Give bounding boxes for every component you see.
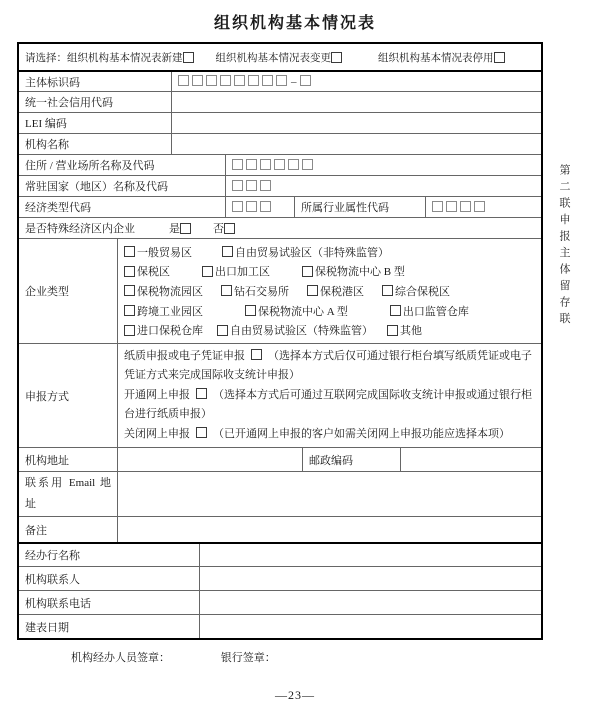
fill-box[interactable] [262,75,273,86]
special-zone-label: 是否特殊经济区内企业 [25,220,135,236]
economic-type-input[interactable] [225,197,294,217]
fill-box[interactable] [460,201,471,212]
checkbox-icon[interactable] [124,305,135,316]
option-bonded-logistics-center-a[interactable]: 保税物流中心 A 型 [245,303,348,319]
special-zone-cell: 是否特殊经济区内企业 是 否 [19,218,541,238]
address-code-input[interactable] [225,155,541,175]
org-address-input[interactable] [117,448,302,471]
option-enable-online-declaration[interactable]: 开通网上申报（选择本方式后可通过互联网完成国际收支统计申报或通过银行柜台进行纸质… [124,386,535,425]
bank-name-label: 经办行名称 [19,544,199,566]
checkbox-icon[interactable] [124,285,135,296]
page-number: —23— [0,688,590,703]
fill-box[interactable] [246,159,257,170]
option-comprehensive-bonded-zone[interactable]: 综合保税区 [382,283,450,299]
checkbox-icon[interactable] [390,305,401,316]
subject-id-input[interactable]: – [171,72,541,91]
bank-name-input[interactable] [199,544,541,566]
enterprise-type-line: 保税物流园区 钻石交易所 保税港区 综合保税区 [124,281,535,301]
form-type-select-cell: 请选择： 组织机构基本情况表新建 组织机构基本情况表变更 组织机构基本情况表停用 [19,44,541,70]
option-ftz-non-special[interactable]: 自由贸易试验区（非特殊监管） [222,244,389,260]
fill-box[interactable] [446,201,457,212]
bank-signature-label: 银行签章： [221,652,276,664]
fill-box[interactable] [260,159,271,170]
subject-id-label: 主体标识码 [19,72,171,91]
row-org-address: 机构地址 邮政编码 [19,447,541,471]
contact-person-label: 机构联系人 [19,567,199,590]
fill-box[interactable] [474,201,485,212]
fill-box[interactable] [232,201,243,212]
remarks-input[interactable] [117,517,541,542]
fill-box[interactable] [432,201,443,212]
option-paper-declaration[interactable]: 纸质申报或电子凭证申报（选择本方式后仅可通过银行柜台填写纸质凭证或电子凭证方式来… [124,347,535,386]
option-ftz-special[interactable]: 自由贸易试验区（特殊监管） [217,322,373,338]
enterprise-type-options: 一般贸易区 自由贸易试验区（非特殊监管） 保税区 出口加工区 保税物流中心 B … [117,239,541,343]
row-economic-type: 经济类型代码 所属行业属性代码 [19,196,541,217]
option-bonded-port-zone[interactable]: 保税港区 [307,283,364,299]
org-name-label: 机构名称 [19,134,171,154]
checkbox-icon[interactable] [196,427,207,438]
economic-type-label: 经济类型代码 [19,197,225,217]
row-org-name: 机构名称 [19,133,541,154]
postal-code-input[interactable] [400,448,541,471]
checkbox-new-icon[interactable] [183,52,194,63]
contact-person-input[interactable] [199,567,541,590]
row-enterprise-type: 企业类型 一般贸易区 自由贸易试验区（非特殊监管） 保税区 出口加工区 保税物流… [19,238,541,343]
fill-box[interactable] [246,180,257,191]
form-table: 请选择： 组织机构基本情况表新建 组织机构基本情况表变更 组织机构基本情况表停用… [17,42,543,640]
country-code-boxes[interactable] [232,180,274,193]
org-name-input[interactable] [171,134,541,154]
economic-type-boxes[interactable] [232,201,274,214]
option-change[interactable]: 组织机构基本情况表变更 [216,50,345,65]
credit-code-label: 统一社会信用代码 [19,92,171,112]
option-disable[interactable]: 组织机构基本情况表停用 [378,50,507,65]
checkbox-icon[interactable] [245,305,256,316]
special-zone-yes[interactable]: 是 [169,220,193,236]
checkbox-icon[interactable] [202,266,213,277]
row-contact-phone: 机构联系电话 [19,590,541,614]
option-other[interactable]: 其他 [387,322,422,338]
create-date-label: 建表日期 [19,615,199,638]
checkbox-icon[interactable] [221,285,232,296]
row-lei: LEI 编码 [19,112,541,133]
country-code-label: 常驻国家（地区）名称及代码 [19,176,225,196]
org-signature-label: 机构经办人员签章： [71,652,170,664]
fill-box[interactable] [288,159,299,170]
row-bank-name: 经办行名称 [19,542,541,566]
checkbox-change-icon[interactable] [331,52,342,63]
subject-id-boxes-right[interactable] [300,75,314,88]
checkbox-icon[interactable] [222,246,233,257]
industry-code-input[interactable] [425,197,541,217]
subject-id-boxes-left[interactable] [178,75,290,88]
option-export-supervision-warehouse[interactable]: 出口监管仓库 [390,303,469,319]
create-date-input[interactable] [199,615,541,638]
checkbox-icon[interactable] [382,285,393,296]
row-create-date: 建表日期 [19,614,541,638]
checkbox-disable-icon[interactable] [494,52,505,63]
option-disable-online-declaration[interactable]: 关闭网上申报（已开通网上申报的客户如需关闭网上申报功能应选择本项） [124,425,535,445]
fill-box[interactable] [260,180,271,191]
option-new[interactable]: 组织机构基本情况表新建 [67,50,196,65]
checkbox-icon[interactable] [217,325,228,336]
checkbox-no-icon[interactable] [224,223,235,234]
option-import-bonded-warehouse[interactable]: 进口保税仓库 [124,322,203,338]
fill-box[interactable] [302,159,313,170]
declaration-method-options: 纸质申报或电子凭证申报（选择本方式后仅可通过银行柜台填写纸质凭证或电子凭证方式来… [117,344,541,448]
row-contact-person: 机构联系人 [19,566,541,590]
checkbox-icon[interactable] [307,285,318,296]
remarks-label: 备注 [19,517,117,542]
country-code-input[interactable] [225,176,541,196]
enterprise-type-line: 保税区 出口加工区 保税物流中心 B 型 [124,262,535,282]
checkbox-icon[interactable] [124,325,135,336]
checkbox-icon[interactable] [251,349,262,360]
enterprise-type-line: 一般贸易区 自由贸易试验区（非特殊监管） [124,242,535,262]
contact-phone-label: 机构联系电话 [19,591,199,614]
address-code-boxes[interactable] [232,159,316,172]
address-code-label: 住所 / 营业场所名称及代码 [19,155,225,175]
org-address-label: 机构地址 [19,448,117,471]
fill-box[interactable] [178,75,189,86]
checkbox-icon[interactable] [302,266,313,277]
fill-box[interactable] [300,75,311,86]
fill-box[interactable] [276,75,287,86]
lei-label: LEI 编码 [19,113,171,133]
row-special-zone: 是否特殊经济区内企业 是 否 [19,217,541,238]
checkbox-icon[interactable] [124,246,135,257]
option-diamond-exchange[interactable]: 钻石交易所 [221,283,289,299]
option-bonded-logistics-park[interactable]: 保税物流园区 [124,283,203,299]
row-form-type-select: 请选择： 组织机构基本情况表新建 组织机构基本情况表变更 组织机构基本情况表停用 [19,44,541,70]
enterprise-type-label: 企业类型 [19,239,117,343]
fill-box[interactable] [232,180,243,191]
fill-box[interactable] [206,75,217,86]
fill-box[interactable] [246,201,257,212]
fill-box[interactable] [260,201,271,212]
industry-code-boxes[interactable] [432,201,488,214]
row-email: 联系用 Email 地址 [19,471,541,516]
signature-row: 机构经办人员签章： 银行签章： [71,649,590,665]
checkbox-icon[interactable] [387,325,398,336]
contact-phone-input[interactable] [199,591,541,614]
fill-box[interactable] [232,159,243,170]
copy-number-side-label: 第二联申报主体留存联 [556,164,572,329]
email-input[interactable] [117,472,541,516]
fill-box[interactable] [274,159,285,170]
industry-code-label: 所属行业属性代码 [294,197,425,217]
enterprise-type-line: 进口保税仓库 自由贸易试验区（特殊监管） 其他 [124,320,535,340]
select-prefix-label: 请选择： [25,50,67,65]
checkbox-icon[interactable] [124,266,135,277]
option-cross-border-industrial-park[interactable]: 跨境工业园区 [124,303,203,319]
page-title: 组织机构基本情况表 [0,0,590,33]
option-general-trade-zone[interactable]: 一般贸易区 [124,244,192,260]
fill-box[interactable] [234,75,245,86]
row-credit-code: 统一社会信用代码 [19,91,541,112]
option-bonded-zone[interactable]: 保税区 [124,263,170,279]
special-zone-no[interactable]: 否 [213,220,237,236]
row-address-code: 住所 / 营业场所名称及代码 [19,154,541,175]
subject-id-dash: – [291,76,297,88]
declaration-method-label: 申报方式 [19,344,117,448]
enterprise-type-line: 跨境工业园区 保税物流中心 A 型 出口监管仓库 [124,301,535,321]
fill-box[interactable] [220,75,231,86]
postal-code-label: 邮政编码 [302,448,400,471]
fill-box[interactable] [192,75,203,86]
option-export-processing-zone[interactable]: 出口加工区 [202,263,270,279]
lei-input[interactable] [171,113,541,133]
fill-box[interactable] [248,75,259,86]
row-country-code: 常驻国家（地区）名称及代码 [19,175,541,196]
row-remarks: 备注 [19,516,541,542]
checkbox-icon[interactable] [196,388,207,399]
checkbox-yes-icon[interactable] [180,223,191,234]
row-declaration-method: 申报方式 纸质申报或电子凭证申报（选择本方式后仅可通过银行柜台填写纸质凭证或电子… [19,343,541,448]
email-label: 联系用 Email 地址 [19,472,117,516]
row-subject-id: 主体标识码 – [19,70,541,91]
credit-code-input[interactable] [171,92,541,112]
option-bonded-logistics-center-b[interactable]: 保税物流中心 B 型 [302,263,405,279]
